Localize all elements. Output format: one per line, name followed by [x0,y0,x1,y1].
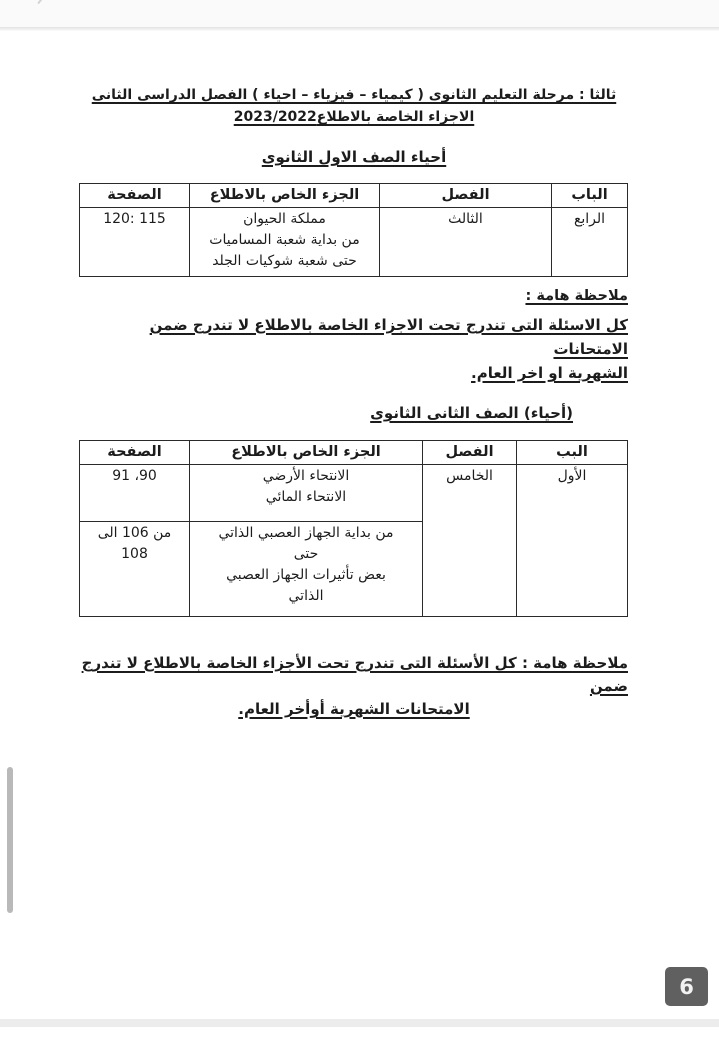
cell-bab: الرابع [552,208,628,277]
cell-bab: الأول [517,465,628,617]
col-header-part: الجزء الخاص بالاطلاع [190,441,423,465]
page-range: 91 ،90 [112,466,157,487]
cell-part: من بداية الجهاز العصبي الذاتي حتى بعض تأ… [190,522,423,617]
scrollbar-thumb[interactable] [7,767,13,913]
col-header-bab: الباب [552,184,628,208]
note1-line-1: كل الاسئلة التى تندرج تحت الاجزاء الخاصة… [80,313,628,361]
note2-line-2: الامتحانات الشهرية أوأخر العام. [238,698,469,721]
table-header-row: البب الفصل الجزء الخاص بالاطلاع الصفحة [80,441,628,465]
col-header-part: الجزء الخاص بالاطلاع [190,184,380,208]
important-note-label: ملاحظة هامة : [80,286,628,306]
col-header-page: الصفحة [80,184,190,208]
document-content: ثالثا : مرحلة التعليم الثانوى ( كيمياء –… [80,0,628,721]
important-note-1: كل الاسئلة التى تندرج تحت الاجزاء الخاصة… [80,313,628,385]
cell-part: الانتحاء الأرضي الانتحاء المائي [190,465,423,522]
page-separator-band [0,1019,719,1027]
section-title-first-secondary-biology: أحياء الصف الاول الثانوى [80,146,628,168]
cell-part: مملكة الحيوان من بداية شعبة المساميات حت… [190,208,380,277]
scanned-document-page: { "header": { "line1": "ثالثا : مرحلة ال… [0,0,719,1060]
page-number: 6 [679,975,694,999]
page-number-badge: 6 [665,967,708,1006]
page-range: 120: 115 [103,209,166,230]
document-header: ثالثا : مرحلة التعليم الثانوى ( كيمياء –… [80,84,628,128]
col-header-fasl: الفصل [423,441,517,465]
table-row: الرابع الثالث مملكة الحيوان من بداية شعب… [80,208,628,277]
col-header-bab: البب [517,441,628,465]
section-title-second-secondary-biology: (أحياء) الصف الثانى الثانوى [80,402,573,424]
cell-page: 91 ،90 [80,465,190,522]
table-header-row: الباب الفصل الجزء الخاص بالاطلاع الصفحة [80,184,628,208]
col-header-fasl: الفصل [380,184,552,208]
table-second-secondary: البب الفصل الجزء الخاص بالاطلاع الصفحة ا… [79,440,628,617]
cell-page: 120: 115 [80,208,190,277]
cell-fasl: الثالث [380,208,552,277]
cell-page: من 106 الى 108 [80,522,190,617]
note1-line-2: الشهرية او اخر العام. [80,361,628,385]
header-line-2: الاجزاء الخاصة بالاطلاع2023/2022 [80,106,628,128]
col-header-page: الصفحة [80,441,190,465]
table-row: الأول الخامس الانتحاء الأرضي الانتحاء ال… [80,465,628,522]
cell-fasl: الخامس [423,465,517,617]
note2-line-1: ملاحظة هامة : كل الأسئلة التى تندرج تحت … [80,652,628,698]
table-first-secondary: الباب الفصل الجزء الخاص بالاطلاع الصفحة … [79,183,628,277]
important-note-2: ملاحظة هامة : كل الأسئلة التى تندرج تحت … [80,652,628,721]
header-line-1: ثالثا : مرحلة التعليم الثانوى ( كيمياء –… [80,84,628,106]
